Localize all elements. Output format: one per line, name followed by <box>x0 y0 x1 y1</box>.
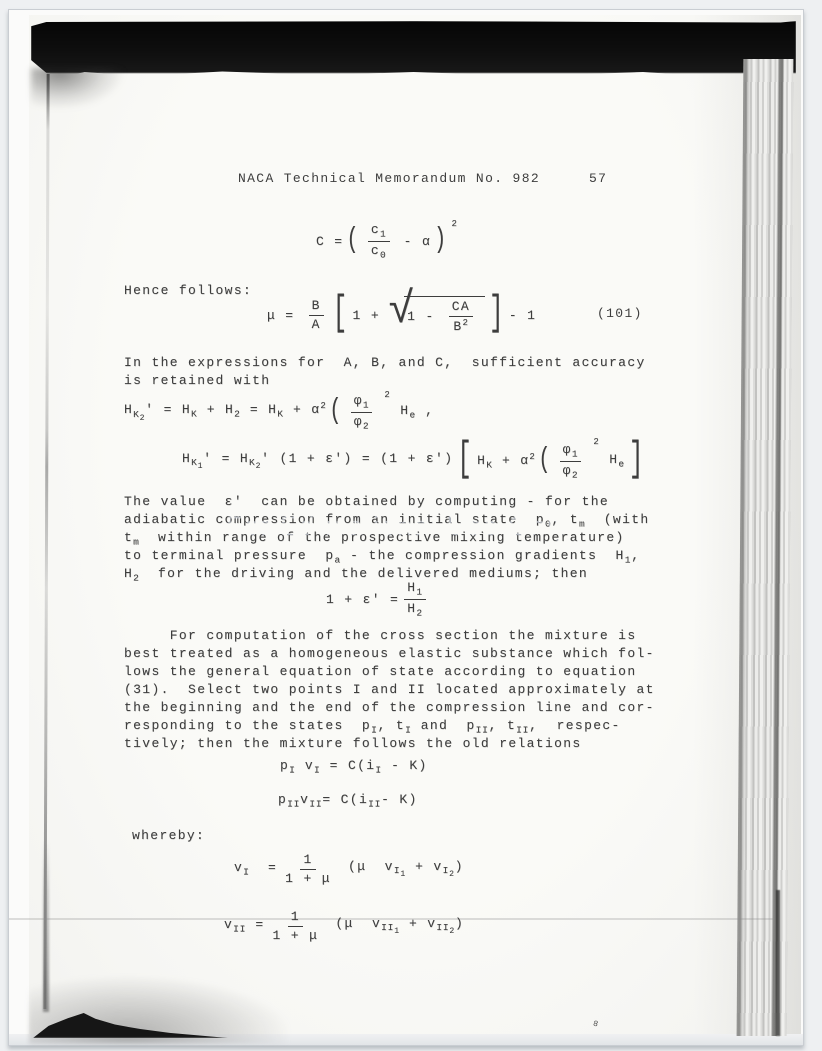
exponent: 2 <box>451 219 458 229</box>
equation-v-I: vI = 1 1 + μ (μ vI1 + vI2) <box>234 850 464 888</box>
watermark: For Educational Use Only <box>226 511 570 542</box>
equation-hk1-prime: HK1' = HK2' (1 + ε') = (1 + ε') [ HK + α… <box>182 439 649 483</box>
equation-epsilon-ratio: 1 + ε' = H1 H2 <box>326 581 431 617</box>
text-line: In the expressions for A, B, and C, suff… <box>124 354 646 372</box>
right-paren: ) <box>434 227 447 256</box>
fraction-CA-B2: CA B2 <box>449 299 473 334</box>
right-bracket: ] <box>629 440 645 482</box>
fraction-1-over-1-plus-mu: 1 1 + μ <box>282 852 334 886</box>
left-paren: ( <box>346 227 359 256</box>
text-line: tively; then the mixture follows the old… <box>124 735 655 753</box>
scan-band-fade-artifact <box>31 68 126 110</box>
scan-background: 8 NACA Technical Memorandum No. 982 57 C… <box>0 0 822 1051</box>
text-line: is retained with <box>124 372 646 390</box>
equation-v-II: vII = 1 1 + μ (μ vII1 + vII2) <box>224 907 464 945</box>
equation-state-I: pI vI = C(iI - K) <box>280 758 428 779</box>
book-fore-edge-pages <box>737 59 794 1036</box>
left-bracket: [ <box>457 440 473 482</box>
paragraph-expressions: In the expressions for A, B, and C, suff… <box>124 354 646 390</box>
scan-top-band-artifact <box>31 21 796 73</box>
equation-number: (101) <box>597 306 643 321</box>
text-line: For computation of the cross section the… <box>124 627 655 645</box>
fraction-phi1-phi2: φ1 φ2 <box>351 393 373 432</box>
radical-icon: √ <box>388 289 414 333</box>
text-line: to terminal pressure pa - the compressio… <box>124 547 650 565</box>
page-number: 57 <box>589 171 607 186</box>
document-title: NACA Technical Memorandum No. 982 <box>238 171 540 186</box>
equation-c-definition: C = ( c1 c0 - α ) 2 <box>316 221 458 261</box>
left-bracket: [ <box>333 294 349 336</box>
text-line: (31). Select two points I and II located… <box>124 681 655 699</box>
text-line: lows the general equation of state accor… <box>124 663 655 681</box>
whereby-label: whereby: <box>132 828 205 843</box>
exponent: 2 <box>593 437 600 447</box>
exponent: 2 <box>384 390 391 400</box>
left-paren: ( <box>329 398 342 427</box>
hence-follows-label: Hence follows: <box>124 283 252 298</box>
fraction-B-A: B A <box>309 298 324 332</box>
fraction-phi1-phi2: φ1 φ2 <box>560 442 582 481</box>
equation-state-II: pIIvII= C(iII- K) <box>278 792 418 813</box>
text-line: best treated as a homogeneous elastic su… <box>124 645 655 663</box>
right-bracket: ] <box>489 294 505 336</box>
text-line: responding to the states pI, tI and pII,… <box>124 717 655 735</box>
fraction-c1-c0: c1 c0 <box>368 222 390 261</box>
equation-mu-101: μ = B A [ 1 + √ 1 - CA B2 ] - 1 <box>267 293 536 337</box>
text-line: the beginning and the end of the compres… <box>124 699 655 717</box>
fore-edge-dark-line <box>776 890 780 1036</box>
text-line: The value ε' can be obtained by computin… <box>124 493 650 511</box>
equation-hk2-prime: HK2' = HK + H2 = HK + α2 ( φ1 φ2 2 He , <box>124 392 434 432</box>
square-root: √ 1 - CA B2 <box>391 296 485 334</box>
paragraph-cross-section: For computation of the cross section the… <box>124 627 655 753</box>
fraction-H1-H2: H1 H2 <box>404 580 426 619</box>
left-paren: ( <box>538 447 551 476</box>
fraction-1-over-1-plus-mu: 1 1 + μ <box>269 909 321 943</box>
scan-sheet: 8 NACA Technical Memorandum No. 982 57 C… <box>8 9 804 1046</box>
